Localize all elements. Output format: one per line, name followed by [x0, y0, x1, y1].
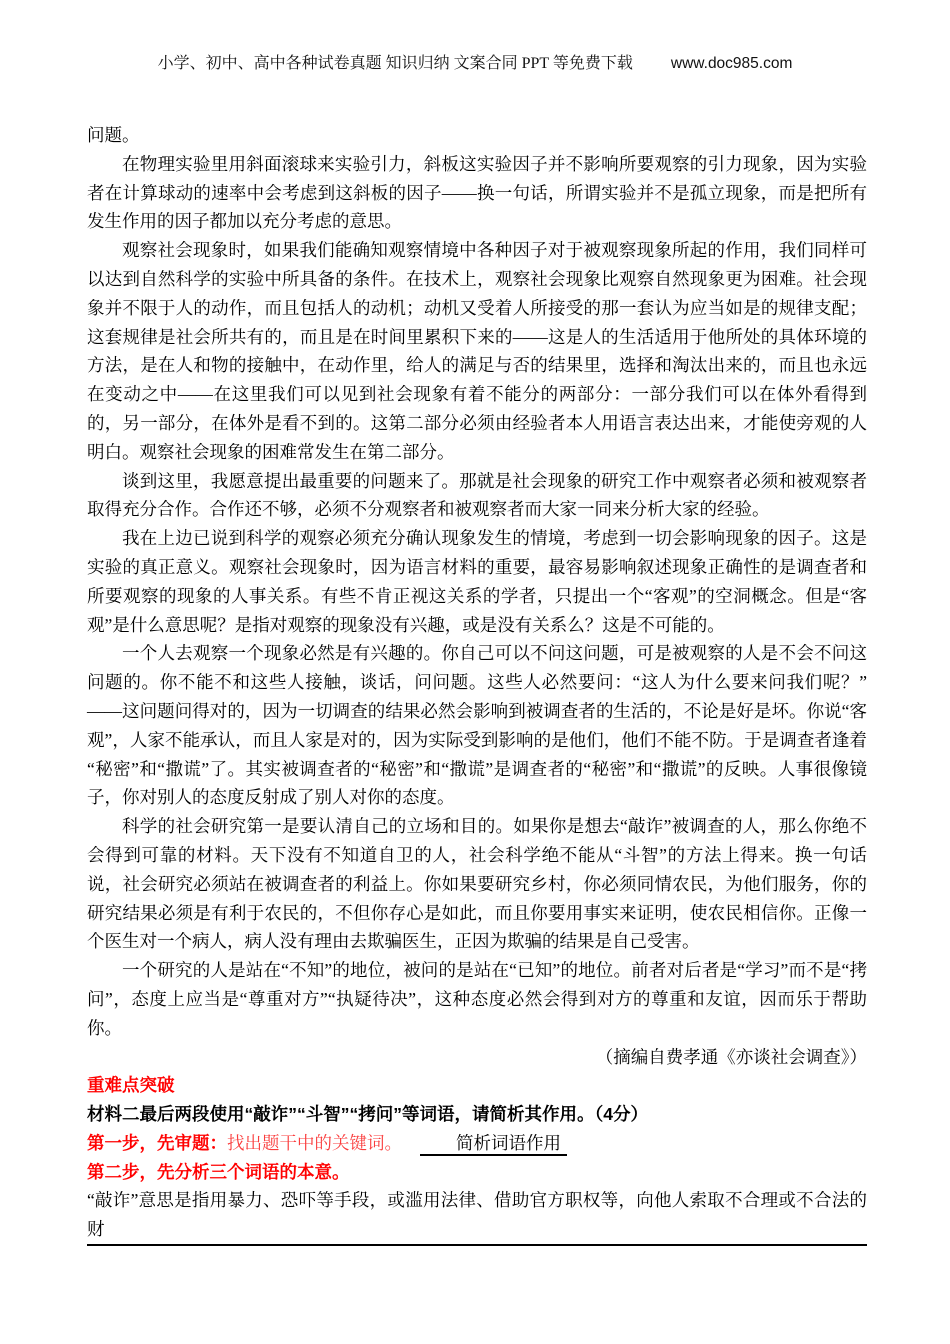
article-attribution: （摘编自费孝通《亦谈社会调查》） [87, 1043, 867, 1072]
step-1-line: 第一步，先审题：找出题干中的关键词。简析词语作用 [87, 1129, 867, 1158]
article-paragraph: 一个研究的人是站在“不知”的地位，被问的是站在“已知”的地位。前者对后者是“学习… [87, 956, 867, 1042]
article-paragraph: 观察社会现象时，如果我们能确知观察情境中各种因子对于被观察现象所起的作用，我们同… [87, 236, 867, 466]
answer-blank-text: 简析词语作用 [456, 1133, 561, 1153]
question-text: 材料二最后两段使用“敲诈”“斗智”“拷问”等词语，请简析其作用。（4分） [87, 1100, 867, 1129]
article-paragraph: 一个人去观察一个现象必然是有兴趣的。你自己可以不问这问题，可是被观察的人是不会不… [87, 639, 867, 812]
article-paragraph: 我在上边已说到科学的观察必须充分确认现象发生的情境，考虑到一切会影响现象的因子。… [87, 524, 867, 639]
article-paragraph: 问题。 [87, 121, 867, 150]
document-page: 小学、初中、高中各种试卷真题 知识归纳 文案合同 PPT 等免费下载 www.d… [0, 0, 950, 1344]
answer-blank: 简析词语作用 [420, 1132, 567, 1156]
article-text: 问题。在物理实验里用斜面滚球来实验引力，斜板这实验因子并不影响所要观察的引力现象… [87, 121, 867, 1043]
article-paragraph: 科学的社会研究第一是要认清自己的立场和目的。如果你是想去“敲诈”被调查的人，那么… [87, 812, 867, 956]
header-site-info: 小学、初中、高中各种试卷真题 知识归纳 文案合同 PPT 等免费下载 [158, 55, 633, 72]
page-header: 小学、初中、高中各种试卷真题 知识归纳 文案合同 PPT 等免费下载 www.d… [0, 50, 950, 73]
article-paragraph: 谈到这里，我愿意提出最重要的问题来了。那就是社会现象的研究工作中观察者必须和被观… [87, 467, 867, 525]
answer-first-line: “敲诈”意思是指用暴力、恐吓等手段，或滥用法律、借助官方职权等，向他人索取不合理… [87, 1186, 867, 1246]
section-heading: 重难点突破 [87, 1071, 867, 1100]
header-site-url: www.doc985.com [671, 55, 792, 72]
step-2-line: 第二步，先分析三个词语的本意。 [87, 1158, 867, 1187]
document-body: 问题。在物理实验里用斜面滚球来实验引力，斜板这实验因子并不影响所要观察的引力现象… [87, 121, 867, 1246]
step-1-label: 第一步，先审题： [87, 1133, 227, 1153]
step-1-instruction: 找出题干中的关键词。 [227, 1133, 402, 1153]
article-paragraph: 在物理实验里用斜面滚球来实验引力，斜板这实验因子并不影响所要观察的引力现象，因为… [87, 150, 867, 236]
